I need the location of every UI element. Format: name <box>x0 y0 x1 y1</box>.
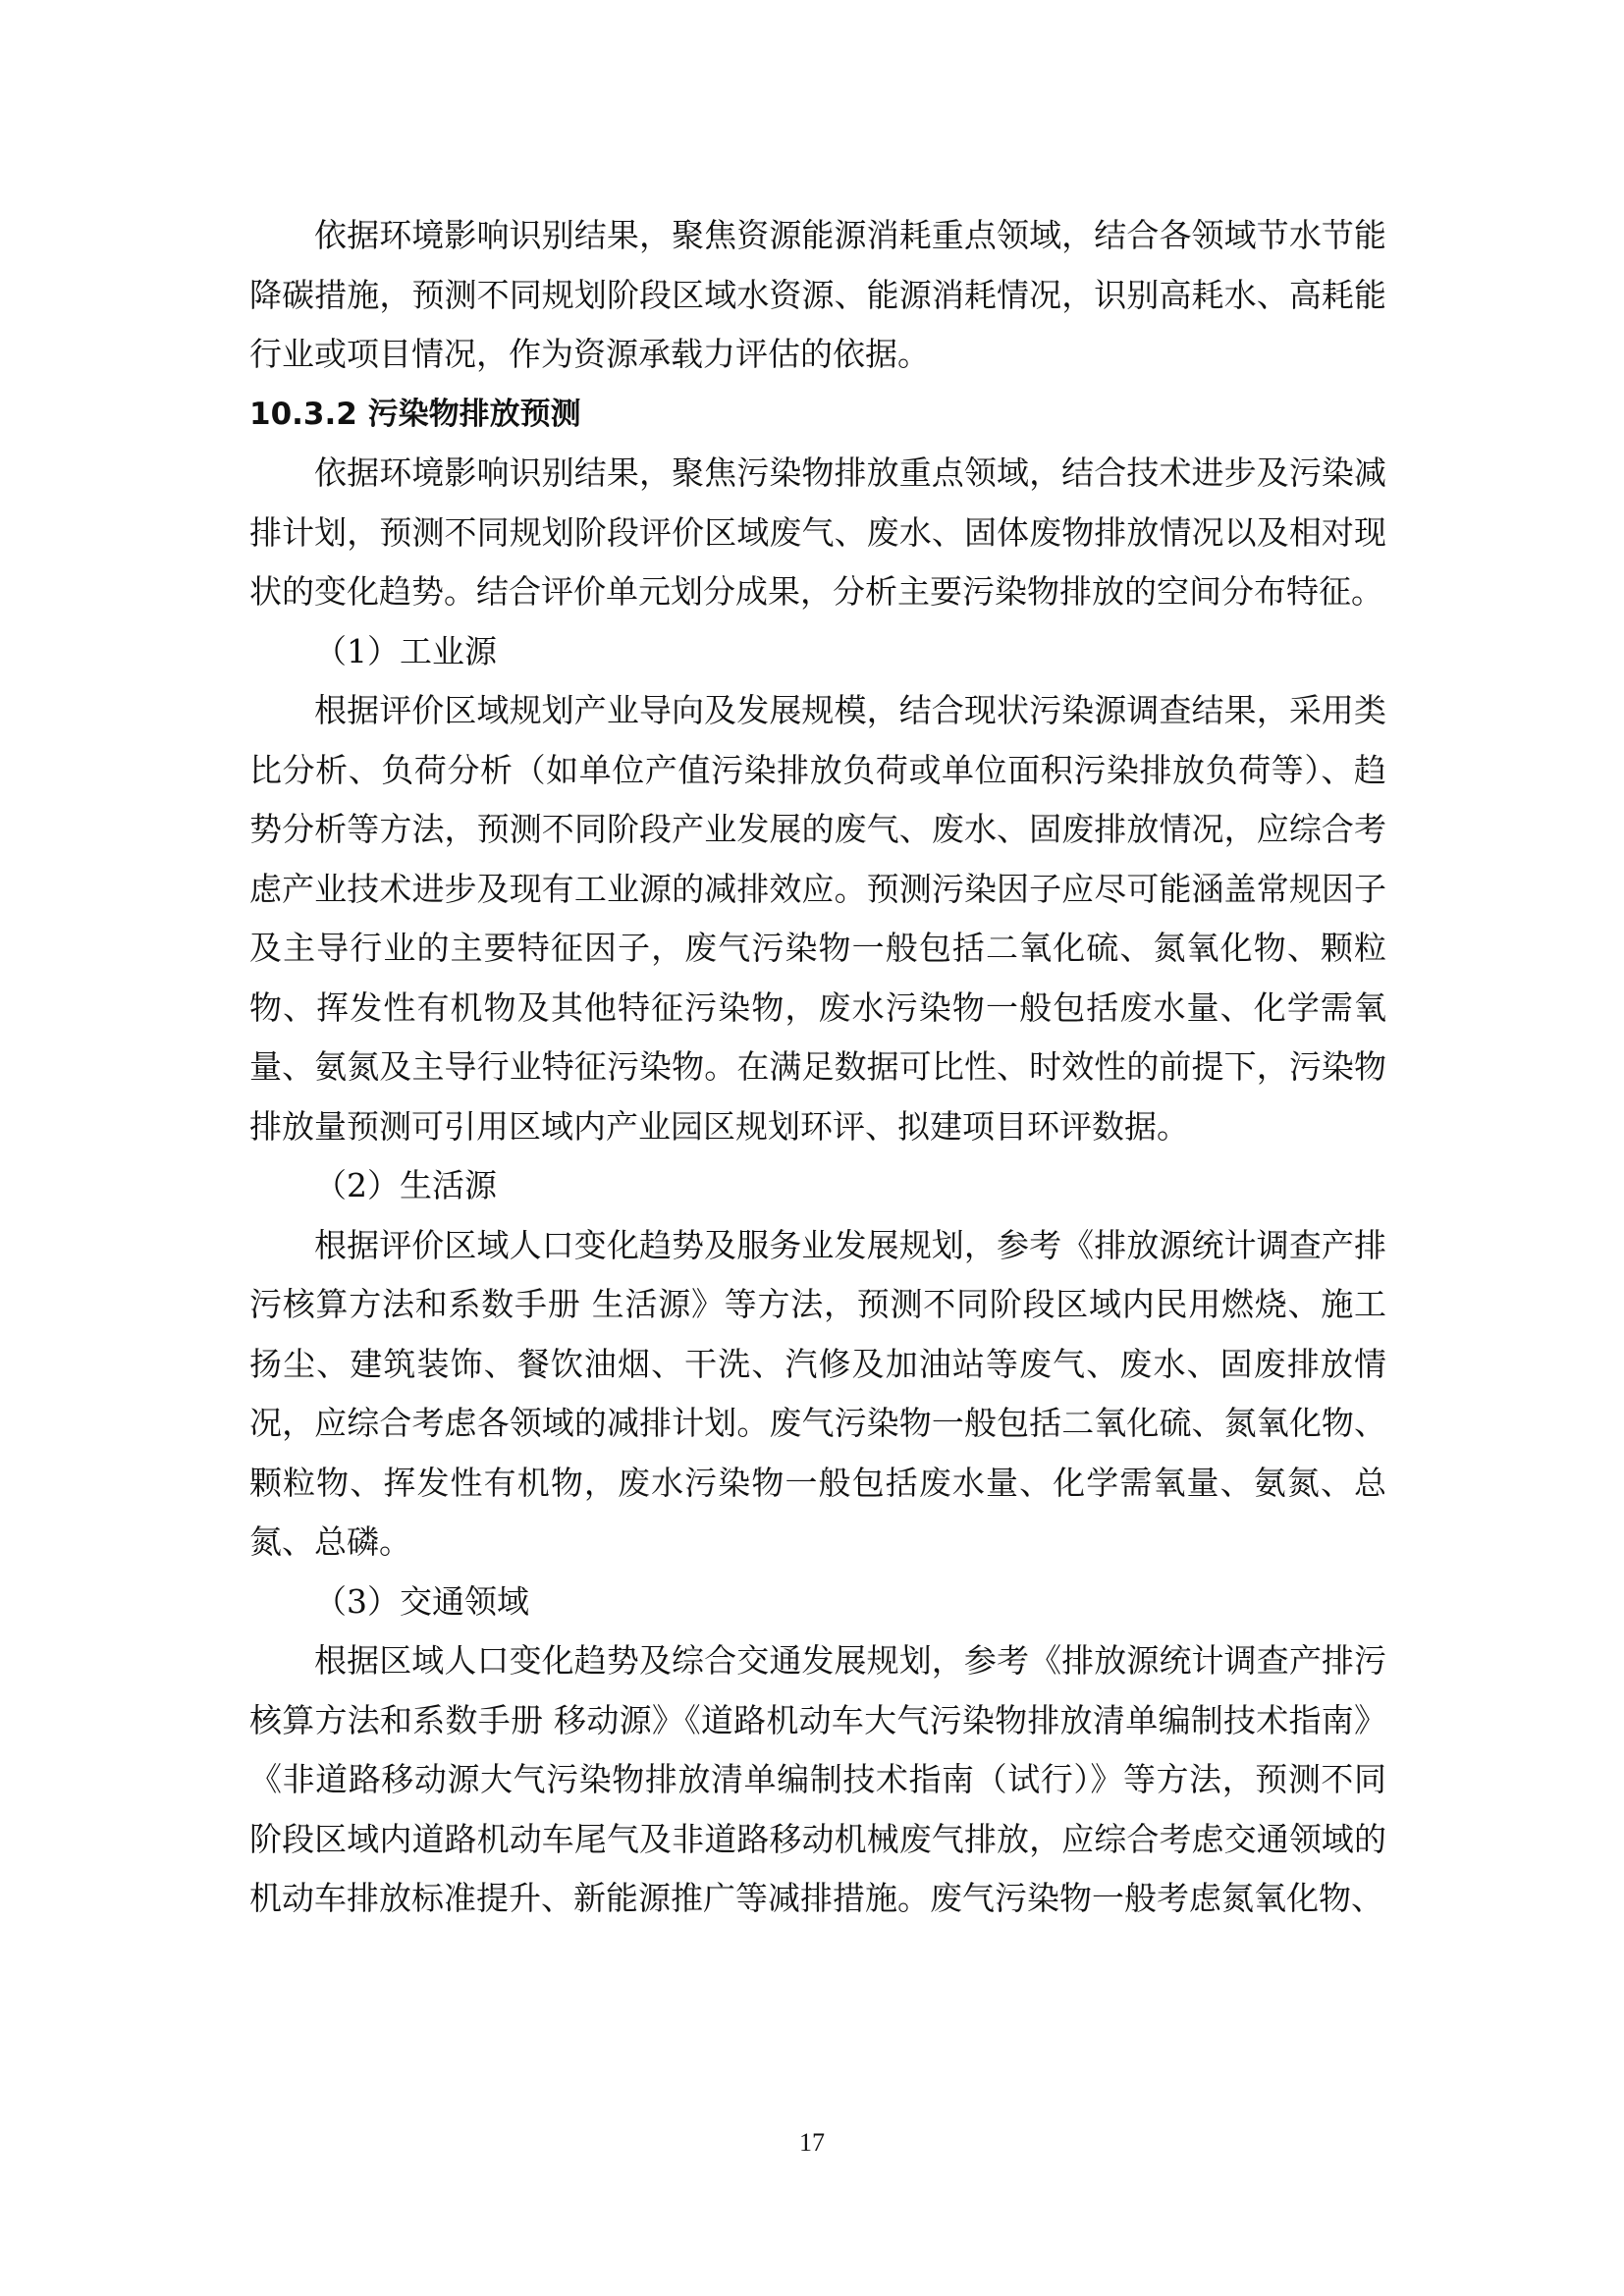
page-number: 17 <box>0 2128 1624 2158</box>
paragraph-domestic-source: 根据评价区域人口变化趋势及服务业发展规划，参考《排放源统计调查产排污核算方法和系… <box>249 1216 1386 1573</box>
paragraph-transport: 根据区域人口变化趋势及综合交通发展规划，参考《排放源统计调查产排污核算方法和系数… <box>249 1631 1386 1929</box>
paragraph-industrial-source: 根据评价区域规划产业导向及发展规模，结合现状污染源调查结果，采用类比分析、负荷分… <box>249 681 1386 1156</box>
subheading-transport: （3）交通领域 <box>249 1573 1386 1632</box>
document-page: 依据环境影响识别结果，聚焦资源能源消耗重点领域，结合各领域节水节能降碳措施，预测… <box>0 0 1624 2296</box>
subheading-industrial-source: （1）工业源 <box>249 622 1386 682</box>
paragraph-pollutant-emission-intro: 依据环境影响识别结果，聚焦污染物排放重点领域，结合技术进步及污染减排计划，预测不… <box>249 444 1386 622</box>
section-heading-10-3-2: 10.3.2 污染物排放预测 <box>249 385 1386 445</box>
page-content: 依据环境影响识别结果，聚焦资源能源消耗重点领域，结合各领域节水节能降碳措施，预测… <box>249 206 1386 1929</box>
subheading-domestic-source: （2）生活源 <box>249 1156 1386 1216</box>
paragraph-resource-consumption: 依据环境影响识别结果，聚焦资源能源消耗重点领域，结合各领域节水节能降碳措施，预测… <box>249 206 1386 385</box>
